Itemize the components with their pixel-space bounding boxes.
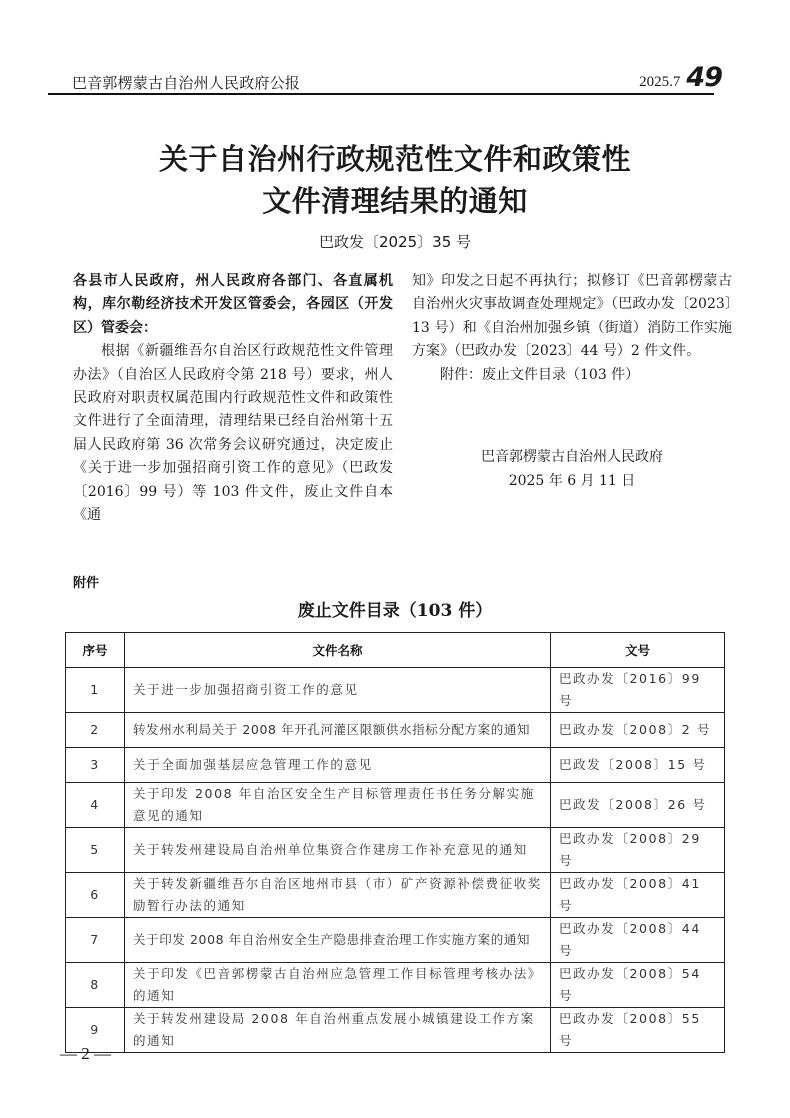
signer: 巴音郭楞蒙古自治州人民政府 (412, 446, 732, 466)
row-no: 7 (66, 918, 125, 963)
body-paragraph-right: 知》印发之日起不再执行；拟修订《巴音郭楞蒙古自治州火灾事故调查处理规定》（巴政办… (412, 270, 732, 364)
attachment-note: 附件：废止文件目录（103 件） (412, 364, 732, 387)
issue-date: 2025.7 (639, 74, 680, 91)
row-name: 关于转发州建设局自治州单位集资合作建房工作补充意见的通知 (125, 828, 551, 873)
row-no: 2 (66, 713, 125, 748)
column-header-docno: 文号 (551, 633, 725, 668)
column-header-name: 文件名称 (125, 633, 551, 668)
row-name: 关于印发 2008 年自治州安全生产隐患排查治理工作实施方案的通知 (125, 918, 551, 963)
row-docno: 巴政发〔2008〕15 号 (551, 748, 725, 783)
table-row: 1 关于进一步加强招商引资工作的意见 巴政办发〔2016〕99 号 (66, 668, 725, 713)
attachment-title: 废止文件目录（103 件） (0, 596, 790, 621)
addressees: 各县市人民政府，州人民政府各部门、各直属机构，库尔勒经济技术开发区管委会，各园区… (73, 270, 393, 340)
row-no: 4 (66, 783, 125, 828)
publication-name: 巴音郭楞蒙古自治州人民政府公报 (72, 72, 300, 93)
abolished-documents-table: 序号 文件名称 文号 1 关于进一步加强招商引资工作的意见 巴政办发〔2016〕… (65, 632, 725, 1053)
body-paragraph-left: 根据《新疆维吾尔自治区行政规范性文件管理办法》（自治区人民政府令第 218 号）… (73, 340, 393, 527)
row-name: 关于全面加强基层应急管理工作的意见 (125, 748, 551, 783)
header-rule (48, 93, 475, 95)
page-number: 49 (686, 62, 722, 93)
row-name: 转发州水利局关于 2008 年开孔河灌区限额供水指标分配方案的通知 (125, 713, 551, 748)
row-name: 关于转发州建设局 2008 年自治州重点发展小城镇建设工作方案的通知 (125, 1008, 551, 1053)
row-docno: 巴政办发〔2008〕41 号 (551, 873, 725, 918)
row-docno: 巴政办发〔2008〕44 号 (551, 918, 725, 963)
row-docno: 巴政办发〔2008〕29 号 (551, 828, 725, 873)
title-line-2: 文件清理结果的通知 (0, 180, 790, 222)
table-row: 2 转发州水利局关于 2008 年开孔河灌区限额供水指标分配方案的通知 巴政办发… (66, 713, 725, 748)
title-line-1: 关于自治州行政规范性文件和政策性 (0, 138, 790, 180)
row-no: 1 (66, 668, 125, 713)
attachment-label: 附件 (73, 572, 99, 591)
header-rule-right (474, 93, 714, 95)
row-no: 8 (66, 963, 125, 1008)
row-no: 6 (66, 873, 125, 918)
table-row: 8 关于印发《巴音郭楞蒙古自治州应急管理工作目标管理考核办法》的通知 巴政办发〔… (66, 963, 725, 1008)
row-docno: 巴政办发〔2008〕55 号 (551, 1008, 725, 1053)
row-name: 关于转发新疆维吾尔自治区地州市县（市）矿产资源补偿费征收奖励暂行办法的通知 (125, 873, 551, 918)
row-docno: 巴政办发〔2008〕2 号 (551, 713, 725, 748)
body-column-left: 各县市人民政府，州人民政府各部门、各直属机构，库尔勒经济技术开发区管委会，各园区… (73, 270, 393, 527)
table-row: 9 关于转发州建设局 2008 年自治州重点发展小城镇建设工作方案的通知 巴政办… (66, 1008, 725, 1053)
row-docno: 巴政办发〔2016〕99 号 (551, 668, 725, 713)
column-header-no: 序号 (66, 633, 125, 668)
sign-date: 2025 年 6 月 11 日 (412, 470, 732, 490)
issue-info: 2025.7 49 (639, 62, 722, 93)
table-header-row: 序号 文件名称 文号 (66, 633, 725, 668)
document-number: 巴政发〔2025〕35 号 (0, 231, 790, 252)
row-name: 关于印发 2008 年自治区安全生产目标管理责任书任务分解实施意见的通知 (125, 783, 551, 828)
row-name: 关于印发《巴音郭楞蒙古自治州应急管理工作目标管理考核办法》的通知 (125, 963, 551, 1008)
row-no: 5 (66, 828, 125, 873)
table-row: 3 关于全面加强基层应急管理工作的意见 巴政发〔2008〕15 号 (66, 748, 725, 783)
row-no: 3 (66, 748, 125, 783)
notice-title: 关于自治州行政规范性文件和政策性 文件清理结果的通知 (0, 138, 790, 222)
row-docno: 巴政办发〔2008〕54 号 (551, 963, 725, 1008)
table-row: 6 关于转发新疆维吾尔自治区地州市县（市）矿产资源补偿费征收奖励暂行办法的通知 … (66, 873, 725, 918)
row-docno: 巴政发〔2008〕26 号 (551, 783, 725, 828)
table-row: 4 关于印发 2008 年自治区安全生产目标管理责任书任务分解实施意见的通知 巴… (66, 783, 725, 828)
body-column-right: 知》印发之日起不再执行；拟修订《巴音郭楞蒙古自治州火灾事故调查处理规定》（巴政办… (412, 270, 732, 387)
table-row: 7 关于印发 2008 年自治州安全生产隐患排查治理工作实施方案的通知 巴政办发… (66, 918, 725, 963)
row-name: 关于进一步加强招商引资工作的意见 (125, 668, 551, 713)
table-row: 5 关于转发州建设局自治州单位集资合作建房工作补充意见的通知 巴政办发〔2008… (66, 828, 725, 873)
page-footer-marker: — 2 — (60, 1044, 111, 1064)
